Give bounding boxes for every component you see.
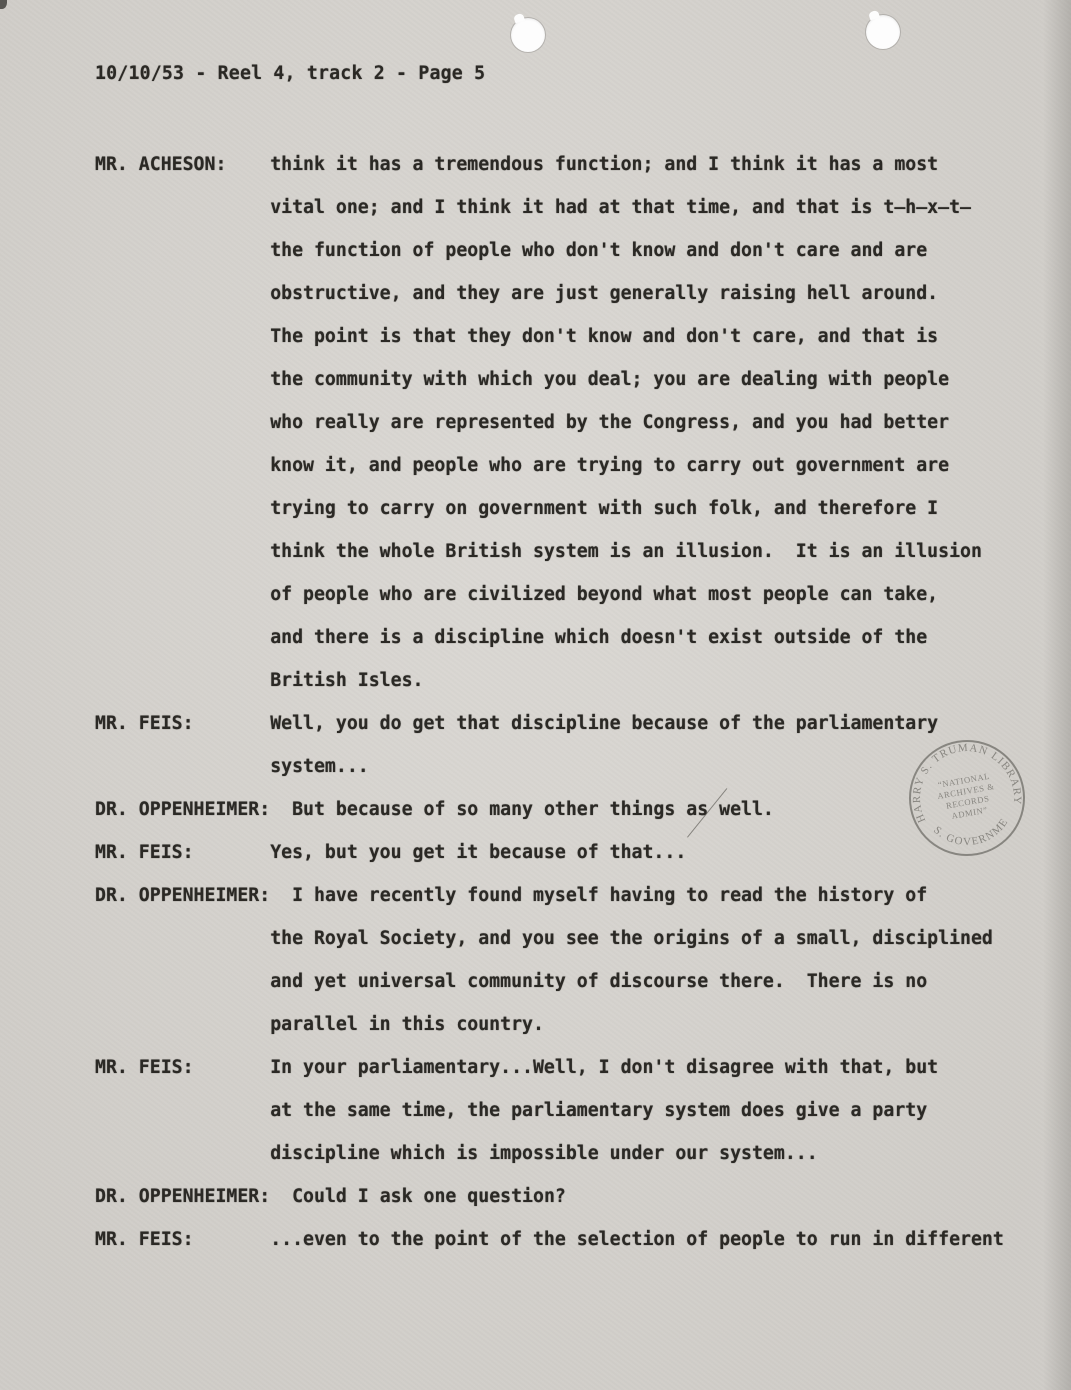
dialogue-text: who really are represented by the Congre… <box>270 412 949 433</box>
dialogue-line: British Isles. <box>95 659 1055 702</box>
dialogue-line: the community with which you deal; you a… <box>95 358 1055 401</box>
dialogue-text: Could I ask one question? <box>292 1186 566 1207</box>
dialogue-block: MR. ACHESON:think it has a tremendous fu… <box>95 143 1055 702</box>
dialogue-line: trying to carry on government with such … <box>95 487 1055 530</box>
speaker-label: MR. ACHESON: <box>95 143 270 186</box>
hole-punch-left <box>511 18 545 52</box>
dialogue-line: know it, and people who are trying to ca… <box>95 444 1055 487</box>
scan-corner-mark <box>0 0 7 9</box>
dialogue-text: vital one; and I think it had at that ti… <box>270 197 971 218</box>
dialogue-line: vital one; and I think it had at that ti… <box>95 186 1055 229</box>
dialogue-line: and yet universal community of discourse… <box>95 960 1055 1003</box>
dialogue-text: know it, and people who are trying to ca… <box>270 455 949 476</box>
dialogue-text: trying to carry on government with such … <box>270 498 938 519</box>
dialogue-text: think the whole British system is an ill… <box>270 541 982 562</box>
dialogue-text: discipline which is impossible under our… <box>270 1143 818 1164</box>
dialogue-text: Yes, but you get it because of that... <box>270 842 686 863</box>
dialogue-line: discipline which is impossible under our… <box>95 1132 1055 1175</box>
dialogue-text: at the same time, the parliamentary syst… <box>270 1100 927 1121</box>
dialogue-line: of people who are civilized beyond what … <box>95 573 1055 616</box>
dialogue-line: the Royal Society, and you see the origi… <box>95 917 1055 960</box>
dialogue-line: MR. FEIS:...even to the point of the sel… <box>95 1218 1055 1261</box>
speaker-label: DR. OPPENHEIMER: <box>95 788 292 831</box>
archives-stamp: HARRY S. TRUMAN LIBRARY U.S. GOVERNMENT … <box>880 711 1054 885</box>
speaker-label: MR. FEIS: <box>95 702 270 745</box>
dialogue-text: think it has a tremendous function; and … <box>270 154 938 175</box>
dialogue-text: British Isles. <box>270 670 423 691</box>
dialogue-text: In your parliamentary...Well, I don't di… <box>270 1057 938 1078</box>
dialogue-line: the function of people who don't know an… <box>95 229 1055 272</box>
scan-edge-shadow <box>1043 0 1071 1390</box>
dialogue-text: the community with which you deal; you a… <box>270 369 949 390</box>
speaker-label: DR. OPPENHEIMER: <box>95 874 292 917</box>
dialogue-line: obstructive, and they are just generally… <box>95 272 1055 315</box>
dialogue-line: who really are represented by the Congre… <box>95 401 1055 444</box>
dialogue-line: parallel in this country. <box>95 1003 1055 1046</box>
hole-punch-right <box>866 15 900 49</box>
dialogue-text: system... <box>270 756 369 777</box>
dialogue-text: Well, you do get that discipline because… <box>270 713 938 734</box>
transcript: MR. ACHESON:think it has a tremendous fu… <box>95 143 1055 1261</box>
dialogue-line: at the same time, the parliamentary syst… <box>95 1089 1055 1132</box>
dialogue-text: the function of people who don't know an… <box>270 240 927 261</box>
dialogue-line: MR. FEIS:In your parliamentary...Well, I… <box>95 1046 1055 1089</box>
dialogue-block: MR. FEIS:In your parliamentary...Well, I… <box>95 1046 1055 1175</box>
page-header: 10/10/53 - Reel 4, track 2 - Page 5 <box>95 60 485 88</box>
dialogue-text: ...even to the point of the selection of… <box>270 1229 1004 1250</box>
speaker-label: MR. FEIS: <box>95 1218 270 1261</box>
dialogue-text: I have recently found myself having to r… <box>292 885 927 906</box>
speaker-label: MR. FEIS: <box>95 1046 270 1089</box>
dialogue-text: The point is that they don't know and do… <box>270 326 938 347</box>
dialogue-line: and there is a discipline which doesn't … <box>95 616 1055 659</box>
speaker-label: MR. FEIS: <box>95 831 270 874</box>
dialogue-line: MR. ACHESON:think it has a tremendous fu… <box>95 143 1055 186</box>
dialogue-line: think the whole British system is an ill… <box>95 530 1055 573</box>
dialogue-text: the Royal Society, and you see the origi… <box>270 928 993 949</box>
dialogue-text: and yet universal community of discourse… <box>270 971 927 992</box>
dialogue-text: parallel in this country. <box>270 1014 544 1035</box>
dialogue-text: of people who are civilized beyond what … <box>270 584 938 605</box>
dialogue-line: The point is that they don't know and do… <box>95 315 1055 358</box>
dialogue-text: and there is a discipline which doesn't … <box>270 627 927 648</box>
speaker-label: DR. OPPENHEIMER: <box>95 1175 292 1218</box>
scanned-page: 10/10/53 - Reel 4, track 2 - Page 5 MR. … <box>0 0 1071 1390</box>
dialogue-block: MR. FEIS:...even to the point of the sel… <box>95 1218 1055 1261</box>
dialogue-block: DR. OPPENHEIMER:I have recently found my… <box>95 874 1055 1046</box>
dialogue-block: DR. OPPENHEIMER:Could I ask one question… <box>95 1175 1055 1218</box>
dialogue-line: DR. OPPENHEIMER:Could I ask one question… <box>95 1175 1055 1218</box>
dialogue-text: obstructive, and they are just generally… <box>270 283 938 304</box>
